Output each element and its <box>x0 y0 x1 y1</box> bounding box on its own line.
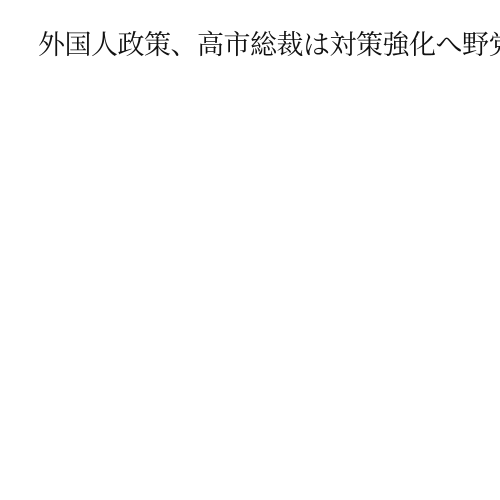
headline-text: 外国人政策、高市総裁は対策強化へ野党 <box>38 30 500 61</box>
page: 外国人政策、高市総裁は対策強化へ野党 <box>0 0 500 500</box>
